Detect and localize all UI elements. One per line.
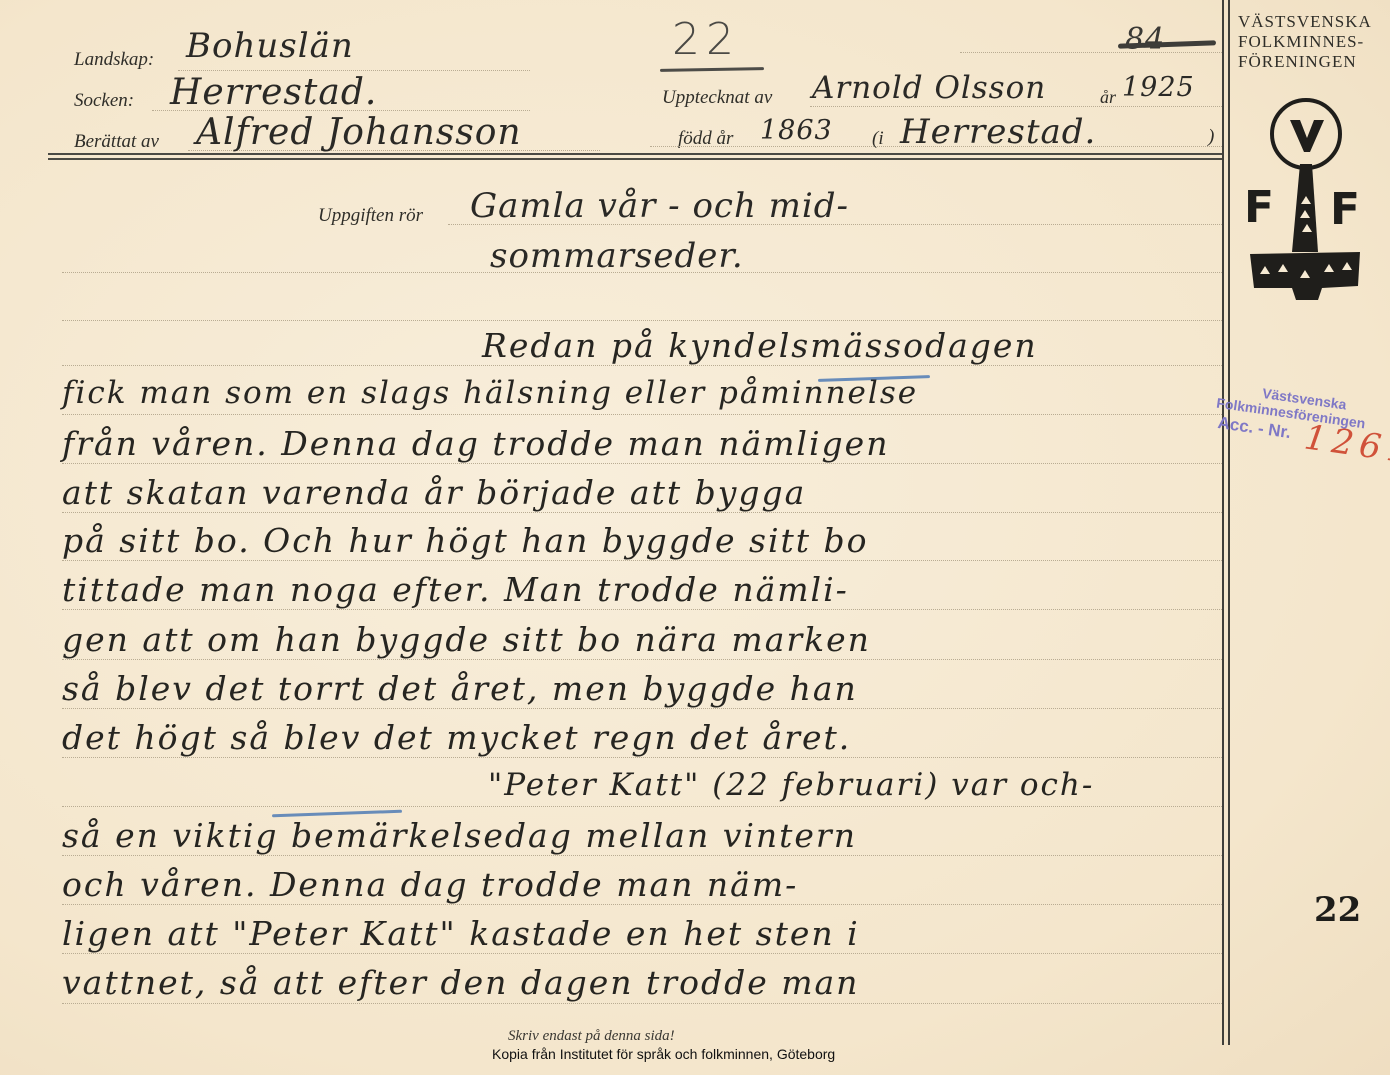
archive-card: Landskap: Bohuslän Socken: Herrestad. Be… (0, 0, 1390, 1075)
body-line-12: och våren. Denna dag trodde man näm- (62, 865, 1222, 904)
subject-label: Uppgiften rör (318, 205, 423, 227)
birthplace-close: ) (1208, 126, 1214, 148)
birthplace-value: Herrestad. (900, 112, 1096, 152)
struck-number: 84 (1125, 22, 1165, 57)
upptecknat-value: Arnold Olsson (812, 70, 1046, 106)
socken-label: Socken: (74, 90, 134, 112)
year-value: 1925 (1122, 72, 1195, 103)
rule (62, 904, 1222, 905)
body-line-5: på sitt bo. Och hur högt han byggde sitt… (62, 521, 1222, 560)
org-name-line-3: FÖRENINGEN (1238, 52, 1372, 72)
body-line-13: ligen att "Peter Katt" kastade en het st… (62, 914, 1222, 953)
rule (62, 855, 1222, 856)
body-line-2: fick man som en slags hälsning eller påm… (62, 375, 1222, 411)
body-line-1: Redan på kyndelsmässodagen (482, 326, 1390, 365)
accession-number: 1261 (1302, 417, 1390, 472)
rule (62, 1003, 1222, 1004)
org-name: VÄSTSVENSKA FOLKMINNES- FÖRENINGEN (1238, 12, 1372, 72)
rule (62, 560, 1222, 561)
body-line-10: "Peter Katt" (22 februari) var och- (488, 767, 1390, 803)
margin-line-right (1228, 0, 1230, 1045)
margin-line-left (1222, 0, 1224, 1045)
rule (62, 806, 1222, 807)
body-line-4: att skatan varenda år började att bygga (62, 473, 1222, 512)
body-line-9: det högt så blev det mycket regn det åre… (62, 718, 1222, 757)
header-divider-top (48, 153, 1224, 155)
rule (62, 463, 1222, 464)
rule (62, 414, 1222, 415)
rule (62, 659, 1222, 660)
svg-text:F: F (1330, 184, 1360, 235)
blank-rule (62, 320, 1222, 321)
struck-number-rule (960, 52, 1222, 53)
subject-line-2: sommarseder. (490, 236, 744, 276)
body-line-8: så blev det torrt det året, men byggde h… (62, 669, 1222, 708)
org-name-line-2: FOLKMINNES- (1238, 32, 1372, 52)
subject-line-1: Gamla vår - och mid- (470, 186, 849, 226)
berattat-value: Alfred Johansson (196, 112, 522, 153)
rule (62, 512, 1222, 513)
vff-logo-icon: F F (1244, 92, 1364, 302)
landskap-label: Landskap: (74, 49, 154, 71)
record-number: 22 (672, 14, 740, 65)
org-name-line-1: VÄSTSVENSKA (1238, 12, 1372, 32)
page-number: 22 (1314, 890, 1361, 930)
berattat-label: Berättat av (74, 131, 159, 153)
socken-value: Herrestad. (170, 72, 377, 113)
landskap-rule (178, 70, 530, 71)
rule (62, 365, 1222, 366)
footer-instruction: Skriv endast på denna sida! (508, 1028, 675, 1045)
rule (62, 953, 1222, 954)
birthplace-open: (i (872, 128, 884, 150)
rule (62, 708, 1222, 709)
fodd-value: 1863 (760, 115, 833, 146)
rule (62, 757, 1222, 758)
upptecknat-rule (810, 106, 1222, 107)
body-line-7: gen att om han byggde sitt bo nära marke… (62, 620, 1222, 659)
body-line-3: från våren. Denna dag trodde man nämlige… (62, 424, 1222, 463)
copyright-notice: Kopia från Institutet för språk och folk… (492, 1046, 835, 1062)
body-line-14: vattnet, så att efter den dagen trodde m… (62, 963, 1222, 1002)
svg-text:F: F (1244, 182, 1274, 233)
rule (62, 609, 1222, 610)
landskap-value: Bohuslän (186, 26, 354, 66)
body-line-6: tittade man noga efter. Man trodde nämli… (62, 570, 1222, 609)
record-number-underline (660, 67, 764, 72)
header-divider-bottom (48, 158, 1224, 160)
upptecknat-label: Upptecknat av (662, 87, 772, 109)
year-label: år (1100, 87, 1116, 108)
body-line-11: så en viktig bemärkelsedag mellan vinter… (62, 816, 1222, 855)
